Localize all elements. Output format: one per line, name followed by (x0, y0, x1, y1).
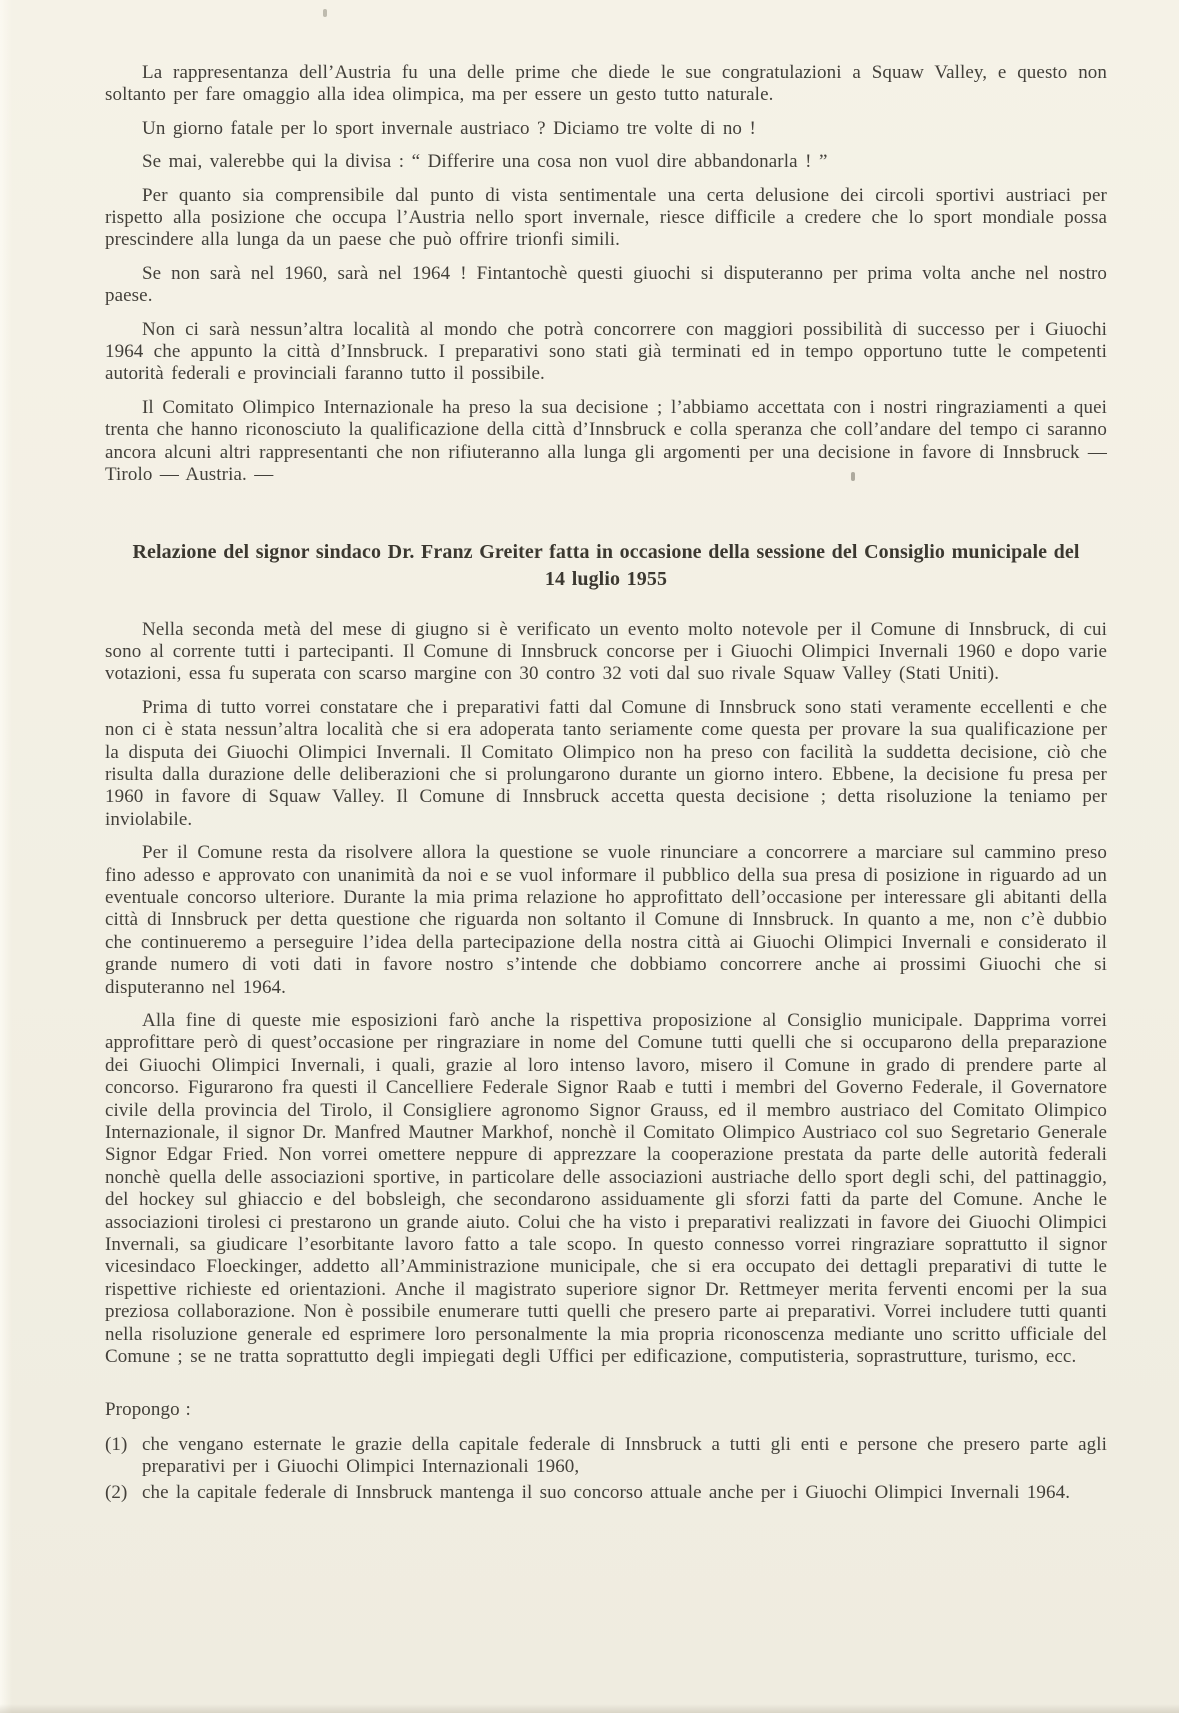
proposal-item-1: (1) che vengano esternate le grazie dell… (105, 1434, 1107, 1479)
proposal-item-1-text: che vengano esternate le grazie della ca… (142, 1434, 1107, 1479)
scan-artifact-speck-top (323, 9, 327, 17)
report-paragraph-3: Per il Comune resta da risolvere allora … (105, 842, 1107, 999)
proposal-item-2-number: (2) (105, 1482, 142, 1504)
proposal-item-2: (2) che la capitale federale di Innsbruc… (105, 1482, 1107, 1504)
intro-paragraph-4: Per quanto sia comprensibile dal punto d… (105, 185, 1107, 252)
report-paragraph-1: Nella seconda metà del mese di giugno si… (105, 619, 1107, 686)
report-paragraph-2: Prima di tutto vorrei constatare che i p… (105, 697, 1107, 831)
intro-paragraph-3: Se mai, valerebbe qui la divisa : “ Diff… (105, 151, 1107, 173)
intro-paragraph-6: Non ci sarà nessun’altra località al mon… (105, 319, 1107, 386)
document-text-block: La rappresentanza dell’Austria fu una de… (105, 62, 1107, 1507)
proposal-label: Propongo : (105, 1399, 1107, 1421)
report-heading: Relazione del signor sindaco Dr. Franz G… (130, 539, 1082, 593)
page-left-edge-highlight (0, 0, 12, 1713)
proposal-list: (1) che vengano esternate le grazie dell… (105, 1434, 1107, 1504)
intro-paragraph-2: Un giorno fatale per lo sport invernale … (105, 118, 1107, 140)
proposal-item-1-number: (1) (105, 1434, 142, 1479)
intro-paragraph-5: Se non sarà nel 1960, sarà nel 1964 ! Fi… (105, 263, 1107, 308)
report-paragraph-4: Alla fine di queste mie esposizioni farò… (105, 1010, 1107, 1369)
intro-paragraph-7: Il Comitato Olimpico Internazionale ha p… (105, 397, 1107, 487)
page-bottom-edge-shadow (0, 1704, 1179, 1713)
intro-paragraph-1: La rappresentanza dell’Austria fu una de… (105, 62, 1107, 107)
proposal-item-2-text: che la capitale federale di Innsbruck ma… (142, 1482, 1107, 1504)
scanned-document-page: La rappresentanza dell’Austria fu una de… (0, 0, 1179, 1713)
